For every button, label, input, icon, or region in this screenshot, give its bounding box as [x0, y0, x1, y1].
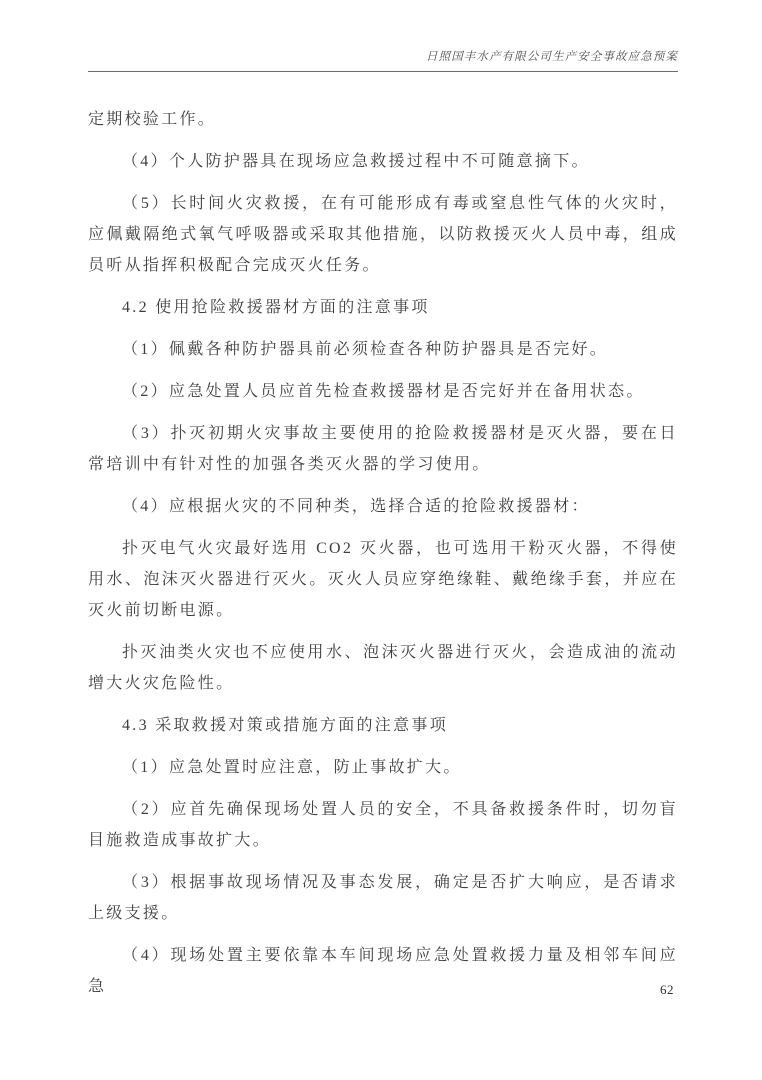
- paragraph: （2）应急处置人员应首先检查救援器材是否完好并在备用状态。: [88, 376, 678, 407]
- paragraph: （3）扑灭初期火灾事故主要使用的抢险救援器材是灭火器，要在日常培训中有针对性的加…: [88, 418, 678, 480]
- paragraph: （1）佩戴各种防护器具前必须检查各种防护器具是否完好。: [88, 334, 678, 365]
- page-header-title: 日照国丰水产有限公司生产安全事故应急预案: [426, 51, 678, 63]
- document-page: 日照国丰水产有限公司生产安全事故应急预案 定期校验工作。（4）个人防护器具在现场…: [0, 0, 762, 1080]
- page-number: 62: [88, 982, 674, 998]
- page-header: 日照国丰水产有限公司生产安全事故应急预案: [88, 48, 678, 72]
- paragraph: （4）个人防护器具在现场应急救援过程中不可随意摘下。: [88, 146, 678, 177]
- paragraph: （2）应首先确保现场处置人员的安全，不具备救援条件时，切勿盲目施救造成事故扩大。: [88, 794, 678, 856]
- section-heading: 4.3 采取救援对策或措施方面的注意事项: [88, 710, 678, 741]
- paragraph: （4）应根据火灾的不同种类，选择合适的抢险救援器材：: [88, 491, 678, 522]
- document-body: 定期校验工作。（4）个人防护器具在现场应急救援过程中不可随意摘下。（5）长时间火…: [88, 104, 678, 1013]
- section-heading: 4.2 使用抢险救援器材方面的注意事项: [88, 292, 678, 323]
- paragraph: 定期校验工作。: [88, 104, 678, 135]
- paragraph: （3）根据事故现场情况及事态发展，确定是否扩大响应，是否请求上级支援。: [88, 867, 678, 929]
- paragraph: （1）应急处置时应注意，防止事故扩大。: [88, 752, 678, 783]
- paragraph: 扑灭油类火灾也不应使用水、泡沫灭火器进行灭火，会造成油的流动增大火灾危险性。: [88, 637, 678, 699]
- paragraph: 扑灭电气火灾最好选用 CO2 灭火器，也可选用干粉灭火器，不得使用水、泡沫灭火器…: [88, 533, 678, 626]
- paragraph: （5）长时间火灾救援，在有可能形成有毒或窒息性气体的火灾时，应佩戴隔绝式氧气呼吸…: [88, 188, 678, 281]
